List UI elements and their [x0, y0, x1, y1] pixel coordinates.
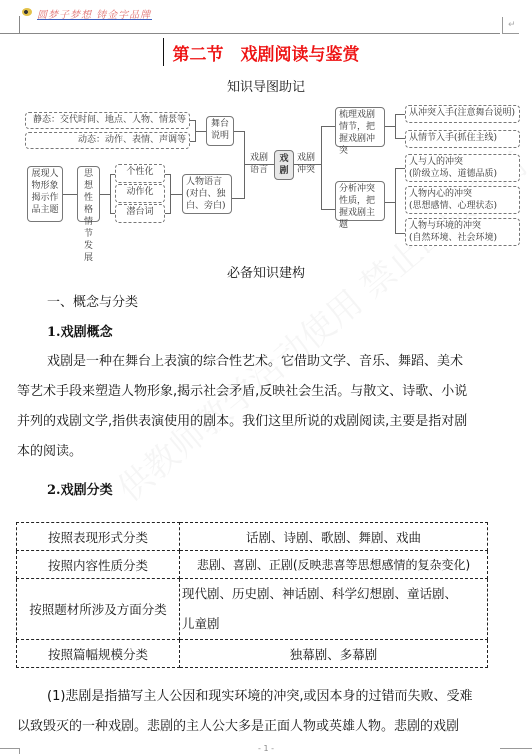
tragedy-line-1[interactable]: (1)悲剧是指描写主人公因和现实环境的冲突,或因本身的过错而失败、受难: [47, 682, 532, 712]
mindmap-effect: 思想性格情节发展: [77, 166, 100, 222]
mindmap-conflict-label: 戏剧冲突: [297, 152, 319, 176]
mindmap-trait-3: 潜台词: [115, 204, 165, 223]
table-cell-criterion[interactable]: 按照题材所涉及方面分类: [17, 579, 180, 640]
mindmap-conflict-item-2: 人物内心的冲突 (思想感情、心理状态): [405, 186, 520, 214]
table-row: 按照题材所涉及方面分类 现代剧、历史剧、神话剧、科学幻想剧、童话剧、 儿童剧: [17, 579, 488, 640]
subheading-concept[interactable]: 1.戏剧概念: [47, 318, 532, 348]
mindmap-plot-item-2: 从情节入手(抓住主线): [405, 130, 520, 148]
mindmap-plot-item-1: 从冲突入手(注意舞台说明): [405, 105, 520, 123]
mindmap-dynamic-stage: 动态：动作、表情、声调等: [25, 132, 190, 149]
mindmap-conflict-item-3: 人物与环境的冲突 (自然环境、社会环境): [405, 218, 520, 246]
table-cell-types[interactable]: 现代剧、历史剧、神话剧、科学幻想剧、童话剧、 儿童剧: [180, 579, 488, 640]
classification-table: 按照表现形式分类 话剧、诗剧、歌剧、舞剧、戏曲 按照内容性质分类 悲剧、喜剧、正…: [16, 522, 488, 668]
part-heading[interactable]: 一、概念与分类: [47, 288, 532, 318]
page-number: - 1 -: [0, 744, 532, 753]
mindmap-purpose: 展现人物形象揭示作品主题: [27, 166, 63, 222]
mindmap-diagram: 静态：交代时间、地点、人物、情景等 动态：动作、表情、声调等 舞台说明 展现人物…: [0, 0, 532, 260]
mindmap-stage-directions: 舞台说明: [206, 116, 234, 146]
table-row: 按照内容性质分类 悲剧、喜剧、正剧(反映悲喜等思想感情的复杂变化): [17, 551, 488, 579]
table-cell-types[interactable]: 独幕剧、多幕剧: [180, 640, 488, 668]
mindmap-character-language: 人物语言(对白、独白、旁白): [182, 174, 232, 214]
mindmap-trait-2: 动作化: [115, 184, 165, 203]
section-heading[interactable]: 必备知识建构: [0, 262, 532, 281]
mindmap-trait-1: 个性化: [115, 164, 165, 183]
table-cell-criterion[interactable]: 按照篇幅规模分类: [17, 640, 180, 668]
mindmap-static-stage: 静态：交代时间、地点、人物、情景等: [25, 112, 190, 129]
concept-line-1[interactable]: 戏剧是一种在舞台上表演的综合性艺术。它借助文学、音乐、舞蹈、美术: [47, 347, 532, 377]
concept-line-3[interactable]: 并列的戏剧文学,指供表演使用的剧本。我们这里所说的戏剧阅读,主要是指对剧: [17, 407, 517, 437]
table-row: 按照篇幅规模分类 独幕剧、多幕剧: [17, 640, 488, 668]
table-cell-types[interactable]: 悲剧、喜剧、正剧(反映悲喜等思想感情的复杂变化): [180, 551, 488, 579]
mindmap-conflict-item-1: 人与人的冲突 (阶级立场、道德品质): [405, 154, 520, 182]
subheading-classification[interactable]: 2.戏剧分类: [47, 476, 532, 506]
mindmap-conflict-nature: 分析冲突性质，把握戏剧主题: [335, 181, 385, 221]
table-cell-types[interactable]: 话剧、诗剧、歌剧、舞剧、戏曲: [180, 523, 488, 551]
table-cell-criterion[interactable]: 按照表现形式分类: [17, 523, 180, 551]
concept-line-4[interactable]: 本的阅读。: [17, 437, 517, 467]
concept-line-2[interactable]: 等艺术手段来塑造人物形象,揭示社会矛盾,反映社会生活。与散文、诗歌、小说: [17, 377, 517, 407]
table-cell-criterion[interactable]: 按照内容性质分类: [17, 551, 180, 579]
mindmap-plot: 梳理戏剧情节，把握戏剧冲突: [335, 107, 385, 147]
tragedy-line-2[interactable]: 以致毁灭的一种戏剧。悲剧的主人公大多是正面人物或英雄人物。悲剧的戏剧: [17, 712, 517, 742]
mindmap-center: 戏剧: [274, 150, 294, 180]
table-row: 按照表现形式分类 话剧、诗剧、歌剧、舞剧、戏曲: [17, 523, 488, 551]
